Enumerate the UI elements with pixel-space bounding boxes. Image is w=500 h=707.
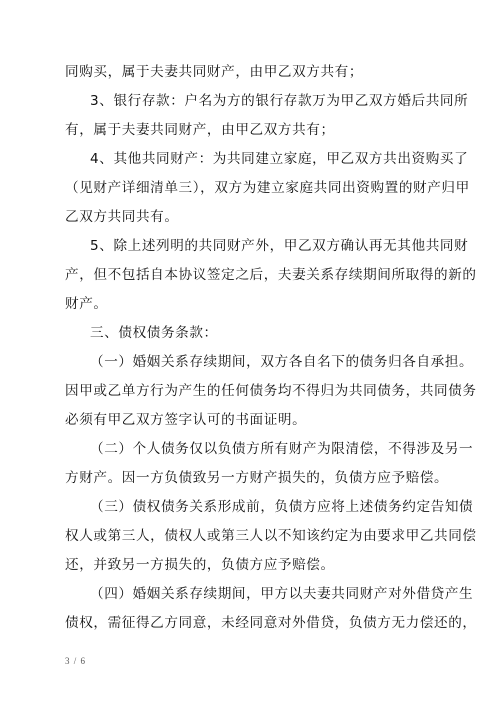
text-line: 3、银行存款：户名为方的银行存款万为甲乙双方婚后共同所 [90, 93, 462, 109]
text-line: （四）婚姻关系存续期间，甲方以夫妻共同财产对外借贷产生 [90, 586, 462, 602]
text-line: 乙双方共同共有。 [65, 209, 437, 225]
text-line: 4、其他共同财产：为共同建立家庭，甲乙双方共出资购买了 [90, 151, 462, 167]
text-line: （二）个人债务仅以负债方所有财产为限清偿，不得涉及另一 [90, 441, 462, 457]
text-line: 有，属于夫妻共同财产，由甲乙双方共有； [65, 122, 437, 138]
text-line: （三）债权债务关系形成前，负债方应将上述债务约定告知债 [90, 499, 462, 515]
text-line: 必须有甲乙双方签字认可的书面证明。 [65, 412, 437, 428]
document-page: 同购买，属于夫妻共同财产，由甲乙双方共有；3、银行存款：户名为方的银行存款万为甲… [0, 0, 500, 707]
text-line: 方财产。因一方负债致另一方财产损失的，负债方应予赔偿。 [65, 470, 437, 486]
text-line: 5、除上述列明的共同财产外，甲乙双方确认再无其他共同财 [90, 238, 462, 254]
text-line: 产，但不包括自本协议签定之后，夫妻关系存续期间所取得的新的 [65, 267, 437, 283]
text-line: 财产。 [65, 296, 437, 312]
text-line: （见财产详细清单三），双方为建立家庭共同出资购置的财产归甲 [65, 180, 437, 196]
text-line: 因甲或乙单方行为产生的任何债务均不得归为共同债务，共同债务 [65, 383, 437, 399]
text-line: 权人或第三人，债权人或第三人以不知该约定为由要求甲乙共同偿 [65, 528, 437, 544]
text-line: 三、债权债务条款： [90, 325, 462, 341]
text-line: （一）婚姻关系存续期间，双方各自名下的债务归各自承担。 [90, 354, 462, 370]
page-number: 3 / 6 [65, 656, 86, 666]
text-line: 还，并致另一方损失的，负债方应予赔偿。 [65, 557, 437, 573]
text-line: 债权，需征得乙方同意，未经同意对外借贷，负债方无力偿还的， [65, 615, 437, 631]
text-line: 同购买，属于夫妻共同财产，由甲乙双方共有； [65, 64, 437, 80]
